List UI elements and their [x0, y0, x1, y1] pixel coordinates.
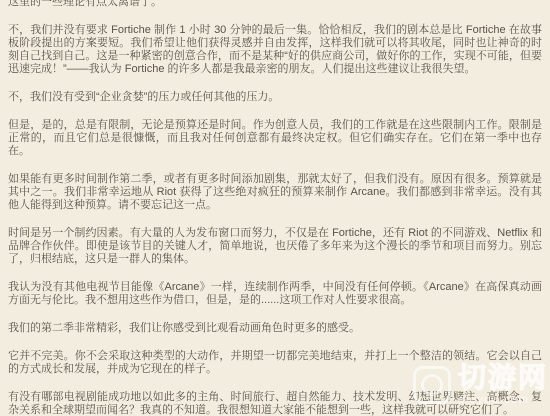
- article-paragraph: 我认为没有其他电视节目能像《Arcane》一样，连续制作两季，中间没有任何停顿。…: [8, 281, 542, 307]
- article-paragraph: 它并不完美。你不会采取这种类型的大动作，并期望一切都完美地结束，并打上一个整洁的…: [8, 350, 542, 376]
- article-paragraph: 我们的第二季非常精彩，我们让你感受到比观看动画角色时更多的感受。: [8, 322, 542, 335]
- article-paragraph: 但是，是的，总是有限制，无论是预算还是时间。作为创意人员，我们的工作就是在这些限…: [8, 119, 542, 159]
- article-paragraph: 时间是另一个制约因素。有大量的人为发布窗口而努力，不仅是在 Fortiche，还…: [8, 227, 542, 267]
- article-paragraph: 这里的一些理论有点太离谱了。: [8, 0, 542, 9]
- article-paragraph: 有没有哪部电视剧能成功地以如此多的主角、时间旅行、超自然能力、技术发明、幻想世界…: [8, 391, 542, 416]
- article-paragraph: 如果能有更多时间制作第二季，或者有更多时间添加剧集，那就太好了，但我们没有。原因…: [8, 173, 542, 213]
- article-page: 这里的一些理论有点太离谱了。 不，我们并没有要求 Fortiche 制作 1 小…: [0, 0, 550, 416]
- article-paragraph: 不，我们并没有要求 Fortiche 制作 1 小时 30 分钟的最后一集。恰恰…: [8, 24, 542, 77]
- article-body: 这里的一些理论有点太离谱了。 不，我们并没有要求 Fortiche 制作 1 小…: [0, 0, 550, 416]
- article-paragraph: 不，我们没有受到“企业贪婪”的压力或任何其他的压力。: [8, 91, 542, 104]
